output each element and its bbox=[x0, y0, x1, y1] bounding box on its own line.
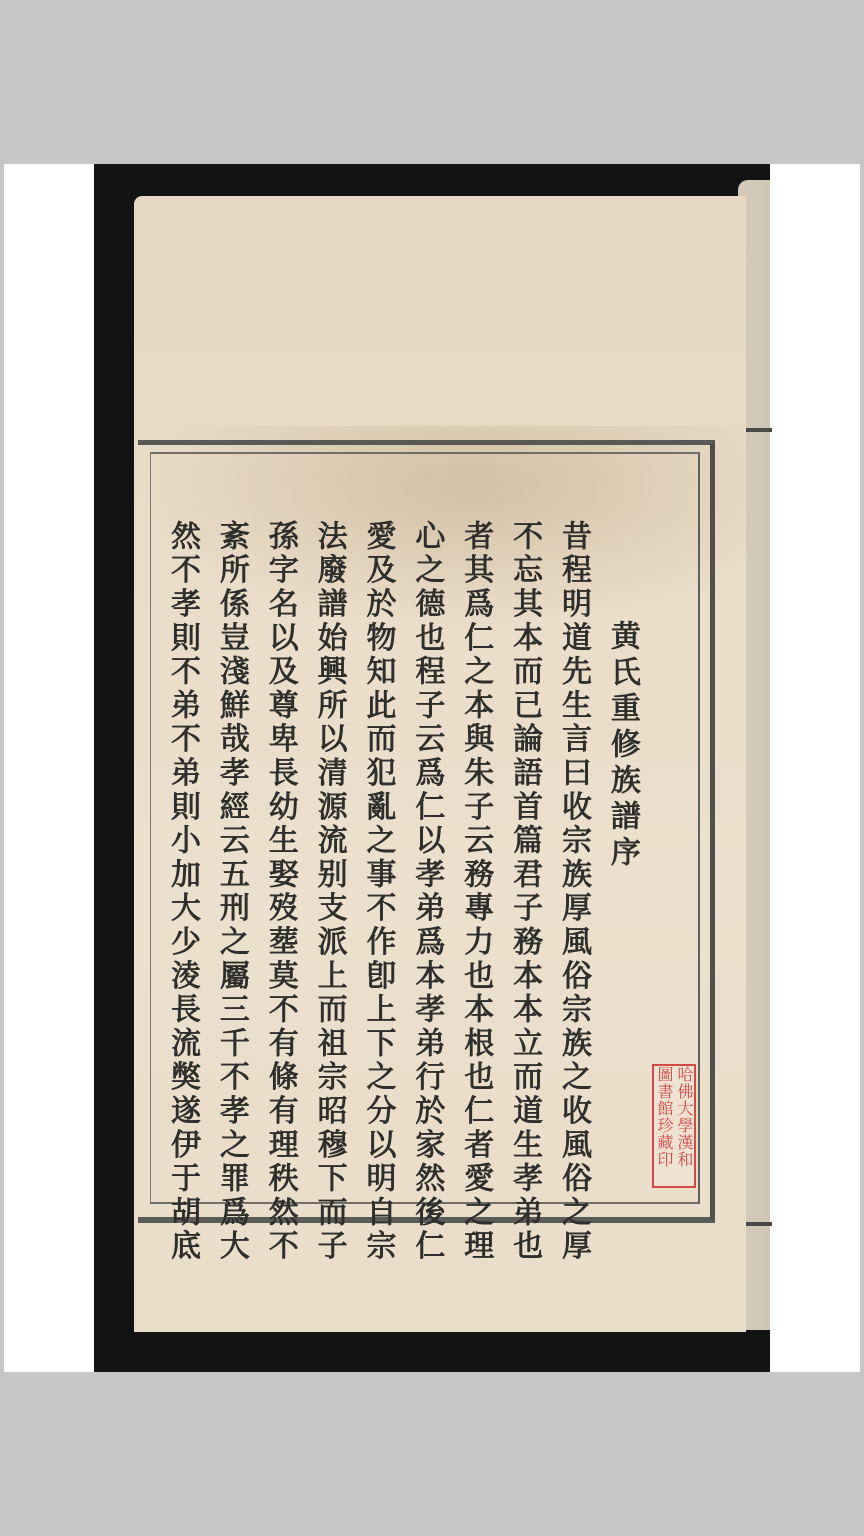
text-column: 愛及於物知此而犯亂之事不作卽上下之分以明自宗 bbox=[358, 520, 398, 1200]
seal-column-left: 圖書館珍藏印 bbox=[654, 1066, 674, 1186]
document-title: 黄氏重修族譜序 bbox=[602, 520, 642, 1200]
text-column: 心之德也程子云爲仁以孝弟爲本孝弟行於家然後仁 bbox=[406, 520, 446, 1200]
banxin-line bbox=[150, 452, 151, 1202]
text-column: 然不孝則不弟不弟則小加大少淩長流獘遂伊于胡底 bbox=[162, 520, 202, 1200]
text-column: 孫字名以及尊卑長幼生娶歿塟莫不有條有理秩然不 bbox=[260, 520, 300, 1200]
text-column: 紊所係豈淺鮮哉孝經云五刑之屬三千不孝之罪爲大 bbox=[211, 520, 251, 1200]
library-seal-stamp: 哈佛大學漢和 圖書館珍藏印 bbox=[652, 1064, 696, 1188]
text-block: 黄氏重修族譜序 昔程明道先生言曰收宗族厚風俗宗族之收風俗之厚 不忘其本而已論語首… bbox=[162, 520, 642, 1200]
text-column: 昔程明道先生言曰收宗族厚風俗宗族之收風俗之厚 bbox=[553, 520, 593, 1200]
text-column: 者其爲仁之本與朱子云務專力也本根也仁者愛之理 bbox=[455, 520, 495, 1200]
text-column: 不忘其本而已論語首篇君子務本本立而道生孝弟也 bbox=[504, 520, 544, 1200]
seal-column-right: 哈佛大學漢和 bbox=[674, 1066, 694, 1186]
text-column: 法廢譜始興所以清源流别支派上而祖宗昭穆下而子 bbox=[309, 520, 349, 1200]
adjacent-leaf-frame bbox=[742, 428, 772, 1226]
